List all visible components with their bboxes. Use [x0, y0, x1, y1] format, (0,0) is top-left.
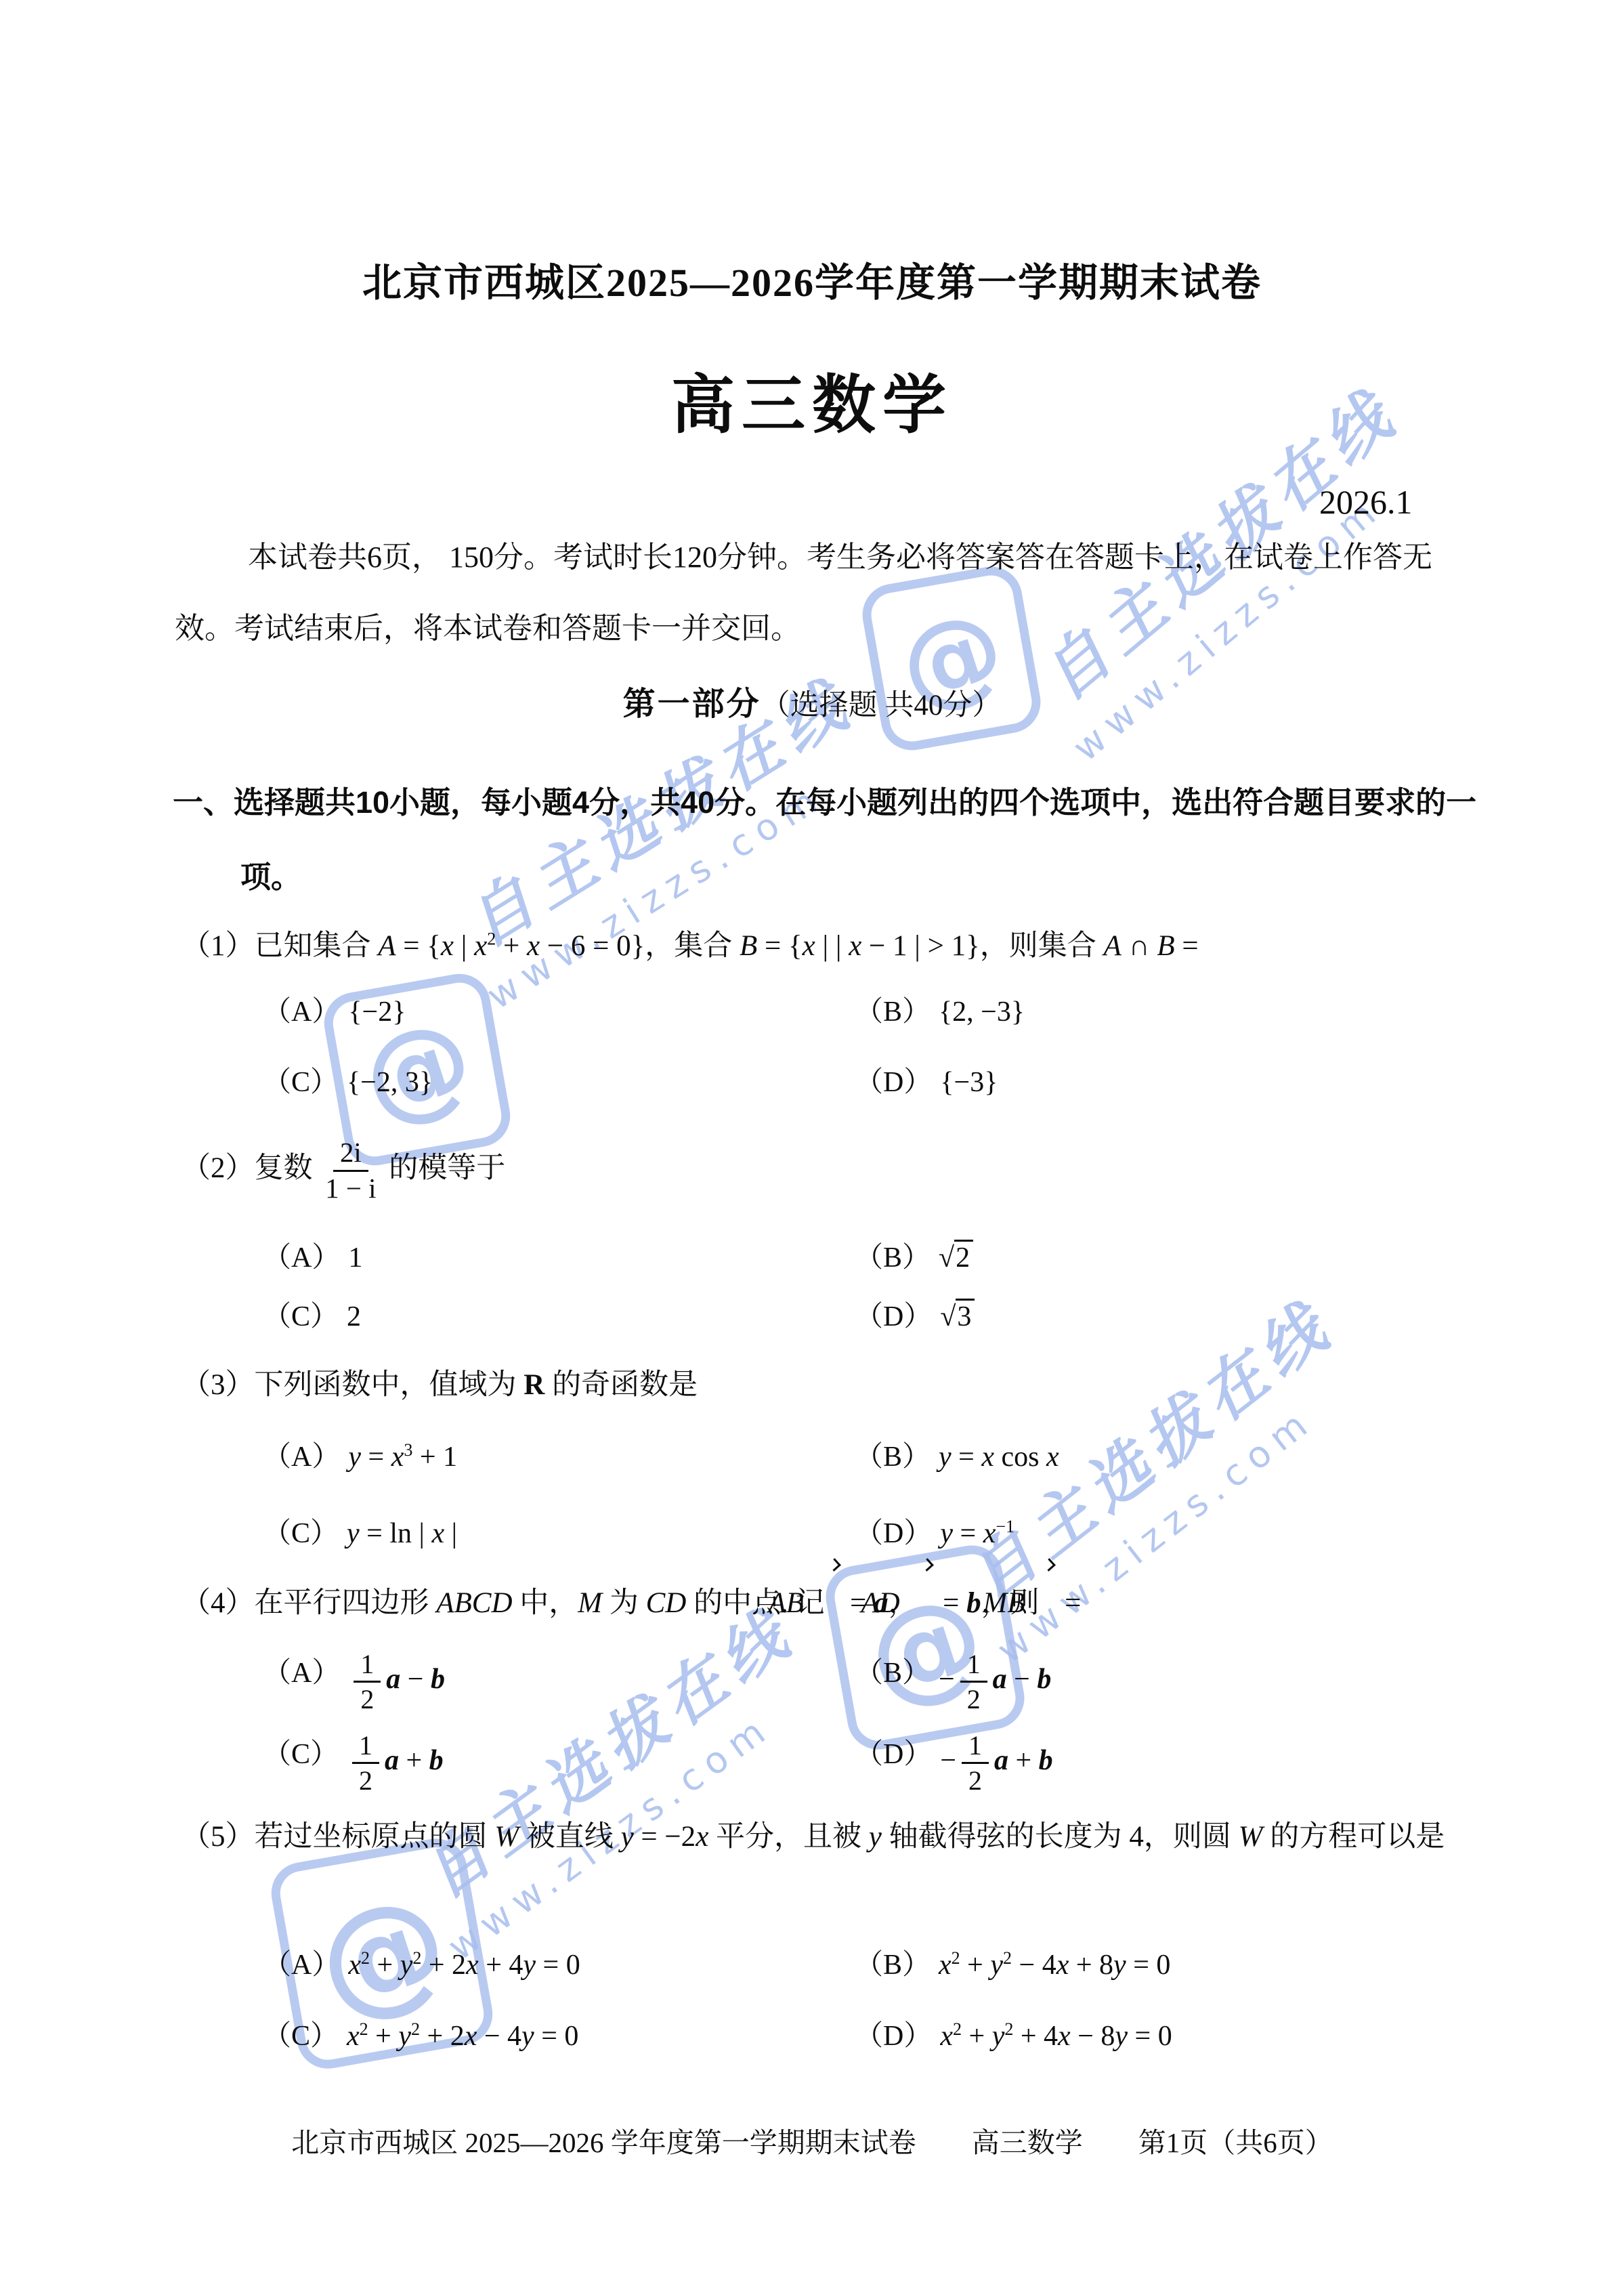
- option-body: 12a − b: [348, 1649, 445, 1714]
- option-1A: （A）{−2}: [263, 988, 832, 1036]
- question-number: （1）: [181, 930, 255, 962]
- option-label: （C）: [263, 2013, 339, 2060]
- exam-date: 2026.1: [1319, 482, 1413, 522]
- subject-title: 高三数学: [0, 354, 1624, 445]
- choice-instruction: 一、选择题共10小题，每小题4分，共40分。在每小题列出的四个选项中，选出符合题…: [173, 765, 1524, 914]
- option-1C: （C）{−2, 3}: [263, 1059, 832, 1106]
- question-number: （5）: [181, 1821, 255, 1853]
- option-body: 1: [348, 1234, 362, 1282]
- option-body: √3: [940, 1293, 975, 1341]
- option-label: （B）: [855, 1941, 931, 1989]
- option-4A: （A）12a − b: [263, 1649, 832, 1714]
- question-number: （4）: [181, 1587, 255, 1619]
- option-4B: （B）−12a − b: [855, 1649, 1566, 1714]
- question-number: （3）: [181, 1369, 255, 1401]
- option-body: −12a + b: [940, 1731, 1052, 1795]
- question-4-stem: （4）在平行四边形 ABCD 中，M 为 CD 的中点. 记 AB = a， A…: [181, 1568, 1521, 1637]
- question-text: 在平行四边形 ABCD 中，M 为 CD 的中点. 记 AB = a， AD =…: [255, 1587, 1082, 1619]
- option-label: （C）: [263, 1510, 339, 1557]
- question-text: 下列函数中，值域为 R 的奇函数是: [255, 1369, 698, 1401]
- option-label: （A）: [263, 1234, 340, 1282]
- option-body: 2: [347, 1293, 361, 1341]
- option-label: （D）: [855, 1510, 932, 1557]
- option-5C: （C）x2 + y2 + 2x − 4y = 0: [263, 2013, 832, 2060]
- question-3-stem: （3）下列函数中，值域为 R 的奇函数是: [181, 1351, 1521, 1419]
- question-1-stem: （1）已知集合 A = {x | x2 + x − 6 = 0}，集合 B = …: [181, 912, 1521, 980]
- option-label: （B）: [855, 988, 931, 1036]
- option-4C: （C）12a + b: [263, 1731, 832, 1795]
- option-body: 12a + b: [347, 1731, 444, 1795]
- question-2-stem: （2）复数 2i1 − i 的模等于: [181, 1135, 1521, 1204]
- section-heading: 第一部分（选择题 共40分）: [0, 677, 1624, 724]
- option-body: {−2}: [348, 988, 406, 1036]
- option-body: −12a − b: [939, 1649, 1051, 1714]
- option-label: （D）: [855, 2013, 932, 2060]
- option-label: （B）: [855, 1234, 931, 1282]
- option-label: （D）: [855, 1059, 932, 1106]
- option-body: y = ln | x |: [347, 1510, 457, 1557]
- option-1D: （D）{−3}: [855, 1059, 1566, 1106]
- option-3D: （D）y = x−1: [855, 1510, 1566, 1557]
- option-label: （C）: [263, 1731, 339, 1795]
- option-5D: （D）x2 + y2 + 4x − 8y = 0: [855, 2013, 1566, 2060]
- question-5-stem: （5）若过坐标原点的圆 W 被直线 y = −2x 平分，且被 y 轴截得弦的长…: [181, 1803, 1521, 1871]
- option-5A: （A）x2 + y2 + 2x + 4y = 0: [263, 1941, 832, 1989]
- option-label: （A）: [263, 1433, 340, 1481]
- option-2B: （B）√2: [855, 1234, 1566, 1282]
- option-body: y = x cos x: [939, 1433, 1059, 1481]
- question-text: 若过坐标原点的圆 W 被直线 y = −2x 平分，且被 y 轴截得弦的长度为 …: [255, 1821, 1445, 1853]
- option-body: x2 + y2 + 4x − 8y = 0: [940, 2013, 1172, 2060]
- question-number: （2）: [181, 1152, 255, 1184]
- question-text: 已知集合 A = {x | x2 + x − 6 = 0}，集合 B = {x …: [255, 930, 1199, 962]
- option-body: y = x−1: [940, 1510, 1014, 1557]
- option-body: x2 + y2 + 2x − 4y = 0: [347, 2013, 578, 2060]
- option-label: （D）: [855, 1731, 932, 1795]
- page-footer: 北京市西城区 2025—2026 学年度第一学期期末试卷 高三数学 第1页（共6…: [0, 2120, 1624, 2160]
- option-1B: （B）{2, −3}: [855, 988, 1566, 1036]
- option-label: （B）: [855, 1649, 931, 1714]
- option-3C: （C）y = ln | x |: [263, 1510, 832, 1557]
- option-label: （D）: [855, 1293, 932, 1341]
- option-label: （A）: [263, 988, 340, 1036]
- exam-title: 北京市西城区2025—2026学年度第一学期期末试卷: [0, 251, 1624, 308]
- option-body: x2 + y2 − 4x + 8y = 0: [939, 1941, 1170, 1989]
- exam-page: 自主选拔在线 www.zizzs.com 自主选拔在线 www.zizzs.co…: [0, 0, 1624, 2293]
- option-4D: （D）−12a + b: [855, 1731, 1566, 1795]
- section-name: 第一部分: [623, 686, 761, 722]
- option-body: {−3}: [940, 1059, 998, 1106]
- question-text: 复数 2i1 − i 的模等于: [255, 1152, 506, 1184]
- option-5B: （B）x2 + y2 − 4x + 8y = 0: [855, 1941, 1566, 1989]
- option-2C: （C）2: [263, 1293, 832, 1341]
- option-label: （C）: [263, 1293, 339, 1341]
- option-3A: （A）y = x3 + 1: [263, 1433, 832, 1481]
- option-label: （A）: [263, 1941, 340, 1989]
- section-subtitle: （选择题 共40分）: [761, 690, 1002, 721]
- option-body: x2 + y2 + 2x + 4y = 0: [348, 1941, 580, 1989]
- option-label: （B）: [855, 1433, 931, 1481]
- exam-notice: 本试卷共6页， 150分。考试时长120分钟。考生务必将答案答在答题卡上，在试卷…: [175, 522, 1453, 664]
- option-body: y = x3 + 1: [348, 1433, 457, 1481]
- option-2D: （D）√3: [855, 1293, 1566, 1341]
- option-2A: （A）1: [263, 1234, 832, 1282]
- option-label: （C）: [263, 1059, 339, 1106]
- option-body: √2: [939, 1234, 973, 1282]
- option-label: （A）: [263, 1649, 340, 1714]
- option-3B: （B）y = x cos x: [855, 1433, 1566, 1481]
- option-body: {2, −3}: [939, 988, 1025, 1036]
- option-body: {−2, 3}: [347, 1059, 433, 1106]
